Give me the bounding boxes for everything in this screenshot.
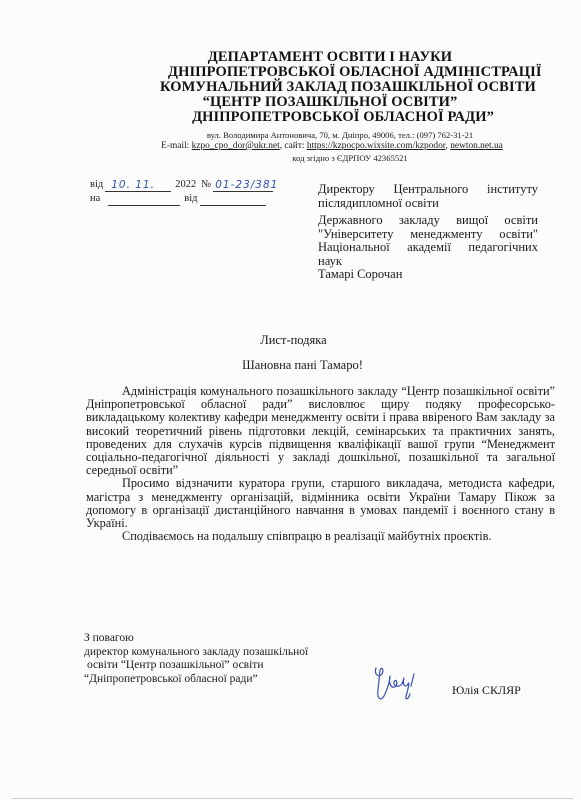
on-label: на — [90, 192, 100, 206]
email-label: E-mail: — [161, 141, 189, 151]
salutation: Шановна пані Тамаро! — [12, 358, 581, 373]
letterhead-council: ДНІПРОПЕТРОВСЬКОЇ ОБЛАСНОЇ РАДИ” — [166, 110, 520, 125]
body-paragraph: Просимо відзначити куратора групи, старш… — [86, 477, 555, 530]
number-label: № — [201, 178, 211, 192]
addressee-line: Державного закладу вищої освіти — [318, 214, 538, 228]
closing-block: З повагою директор комунального закладу … — [84, 632, 308, 686]
letter-body: Адміністрація комунального позашкільного… — [86, 385, 555, 543]
scan-edge-divider — [12, 798, 573, 799]
addressee-line: післядипломної освіти — [318, 197, 538, 211]
letterhead-institution-name: “ЦЕНТР ПОЗАШКІЛЬНОЇ ОСВІТИ” — [140, 95, 520, 110]
letterhead-administration: ДНІПРОПЕТРОВСЬКОЇ ОБЛАСНОЇ АДМІНІСТРАЦІЇ — [168, 65, 520, 80]
number-field: 01-23/381 — [213, 179, 273, 192]
letterhead-contacts: E-mail: kzpo_cpo_dor@ukr.net, сайт: http… — [122, 141, 542, 152]
signer-name: Юлія СКЛЯР — [452, 683, 521, 698]
email-link[interactable]: kzpo_cpo_dor@ukr.net — [192, 141, 280, 151]
signer-position: директор комунального закладу позашкільн… — [84, 646, 308, 660]
signature-icon — [368, 660, 428, 710]
letter-title: Лист-подяка — [3, 333, 581, 348]
body-paragraph: Адміністрація комунального позашкільного… — [86, 385, 555, 477]
addressee-line: Національної академії педагогічних — [318, 241, 538, 255]
letterhead-department: ДЕПАРТАМЕНТ ОСВІТИ І НАУКИ — [140, 50, 520, 65]
site-separator: , — [446, 141, 448, 151]
letterhead-edrpou: код згідно з ЄДРПОУ 42365521 — [140, 153, 560, 164]
from-label: від — [90, 178, 103, 192]
closing-regards: З повагою — [84, 632, 308, 646]
signer-position: освіти “Центр позашкільної” освіти — [84, 659, 308, 673]
letterhead-address: вул. Володимира Антоновича, 70, м. Дніпр… — [130, 130, 550, 141]
body-paragraph: Сподіваємось на подальшу співпрацю в реа… — [86, 530, 555, 543]
incoming-date-field — [200, 193, 266, 206]
addressee-line: "Університету менеджменту освіти" — [318, 228, 538, 242]
signer-position: “Дніпропетровської обласної ради” — [84, 673, 308, 687]
reference-block: від 10. 11. 2022 № 01-23/381 на від — [90, 178, 277, 206]
reference-row-incoming: на від — [90, 192, 277, 206]
year-label: 2022 — [175, 178, 196, 192]
addressee-line: Директору Центрального інституту — [318, 183, 538, 197]
handwritten-number: 01-23/381 — [215, 178, 278, 192]
site-label: , сайт: — [280, 141, 305, 151]
incoming-number-field — [108, 193, 180, 206]
website-link[interactable]: https://kzpocpo.wixsite.com/kzpodor — [307, 141, 446, 151]
handwritten-date: 10. 11. — [111, 178, 155, 192]
reference-row-outgoing: від 10. 11. 2022 № 01-23/381 — [90, 178, 277, 192]
from2-label: від — [184, 192, 197, 206]
letterhead: ДЕПАРТАМЕНТ ОСВІТИ І НАУКИ ДНІПРОПЕТРОВС… — [100, 50, 520, 125]
addressee-block: Директору Центрального інституту післяди… — [318, 183, 538, 282]
website-link-2[interactable]: newton.net.ua — [450, 141, 503, 151]
date-field: 10. 11. — [105, 179, 171, 192]
letterhead-institution-type: КОМУНАЛЬНИЙ ЗАКЛАД ПОЗАШКІЛЬНОЇ ОСВІТИ — [160, 80, 520, 95]
addressee-name: Тамарі Сорочан — [318, 268, 538, 282]
addressee-line: наук — [318, 255, 538, 269]
letter-page: ДЕПАРТАМЕНТ ОСВІТИ І НАУКИ ДНІПРОПЕТРОВС… — [0, 0, 581, 800]
